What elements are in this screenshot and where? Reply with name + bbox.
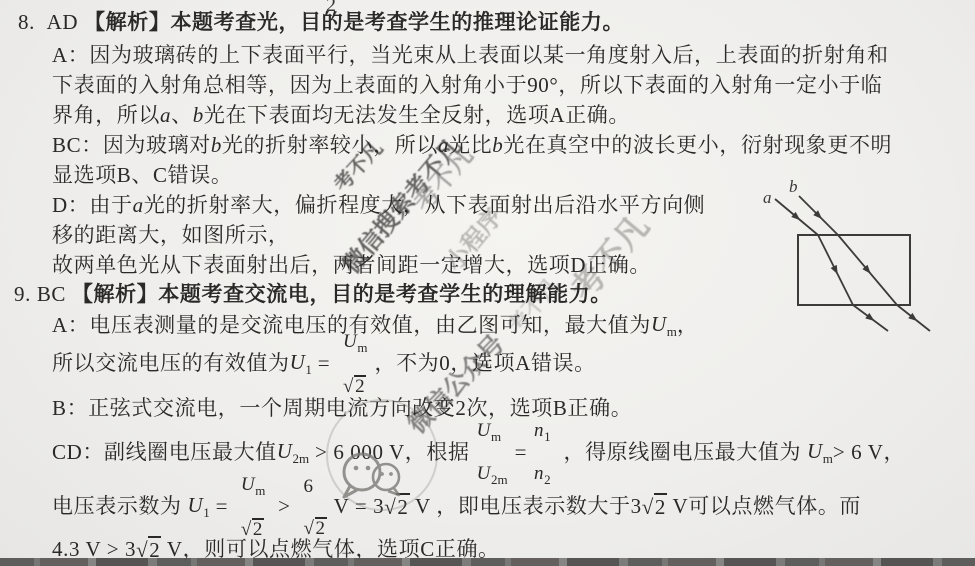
heading-text: 【解析】本题考查交流电，目的是考查学生的理解能力。 [72, 282, 612, 307]
glass-block [798, 235, 910, 305]
fraction: Um√2 [239, 475, 267, 539]
body-text: 9. [14, 282, 37, 307]
body-text: b [492, 133, 503, 158]
body-text: b [211, 133, 222, 158]
body-text: 所以交流电压的有效值为 [52, 351, 290, 376]
solution-line: 所以交流电压的有效值为U1 = Um√2，不为0，选项A错误。 [52, 336, 596, 392]
body-text: BC：因为玻璃对 [52, 133, 211, 158]
solution-line: CD：副线圈电压最大值U2m > 6 000 V，根据UmU2m=n1n2 ，得… [52, 424, 905, 482]
ray-label-a: a [763, 188, 772, 207]
body-text: ，不为0，选项A错误。 [374, 351, 595, 376]
body-text: A：因为玻璃砖的上下表面平行，当光束从上表面以某一角度射入后，上表面的折射角和 [52, 43, 889, 68]
body-text: CD：副线圈电压最大值 [52, 440, 277, 465]
body-text: D：由于 [52, 193, 133, 218]
body-text: a [133, 193, 144, 218]
ray-a [775, 199, 888, 331]
math-variable: Um [343, 332, 367, 354]
body-text: 界角，所以 [52, 103, 160, 128]
page-edge-strip [0, 558, 975, 566]
solution-line: A：因为玻璃砖的上下表面平行，当光束从上表面以某一角度射入后，上表面的折射角和 [52, 43, 889, 68]
solution-line: 故两单色光从下表面射出后，两者间距一定增大，选项D正确。 [52, 253, 651, 278]
body-text: > 6 V， [833, 440, 905, 465]
body-text: ， [677, 313, 699, 338]
math-variable: U2m [277, 439, 309, 467]
body-text: a [438, 133, 449, 158]
math-variable: Um [241, 475, 265, 497]
wechat-logo-icon [330, 393, 450, 511]
body-text: AD [47, 10, 84, 35]
body-text: > [272, 494, 296, 519]
body-text: 下表面的入射角总相等，因为上表面的入射角小于90°，所以下表面的入射角一定小于临 [52, 73, 882, 98]
solution-line: 显选项B、C错误。 [52, 163, 232, 188]
body-text: a [160, 103, 171, 128]
solution-line: 下表面的入射角总相等，因为上表面的入射角小于90°，所以下表面的入射角一定小于临 [52, 73, 882, 98]
solution-line: 8. AD 【解析】本题考查光，目的是考查学生的推理论证能力。 [18, 10, 624, 35]
body-text: = [515, 440, 527, 465]
body-text: 光在真空中的波长更小，衍射现象更不明 [503, 133, 892, 158]
fraction: Um√2 [341, 332, 369, 396]
solution-line: 电压表示数为 U1 = Um√2 > 6√2V = 3√2 V ，即电压表示数大… [52, 478, 861, 536]
body-text: BC [37, 282, 72, 307]
fraction: UmU2m [475, 421, 510, 486]
sqrt-expression: √2 [642, 493, 667, 520]
body-text: 光的折射率大，偏折程度大，从下表面射出后沿水平方向侧 [144, 193, 706, 218]
body-text: = [210, 494, 234, 519]
body-text: 光的折射率较小，所以 [222, 133, 438, 158]
body-text: 移的距离大，如图所示， [52, 223, 290, 248]
sqrt-expression: √2 [303, 517, 326, 538]
body-text: V可以点燃气体。而 [667, 494, 861, 519]
math-variable: n1 [534, 421, 551, 443]
body-text: 光在下表面均无法发生全反射，选项A正确。 [204, 103, 630, 128]
body-text: 电压表示数为 [52, 494, 187, 519]
fraction: 6√2 [301, 477, 328, 538]
body-text: ，得原线圈电压最大值为 [558, 440, 807, 465]
body-text: b [193, 103, 204, 128]
math-variable: U1 [187, 493, 209, 521]
solution-line: 移的距离大，如图所示， [52, 223, 290, 248]
body-text: 显选项B、C错误。 [52, 163, 232, 188]
solution-line: BC：因为玻璃对b光的折射率较小，所以a光比b光在真空中的波长更小，衍射现象更不… [52, 133, 892, 158]
body-text: = [312, 351, 336, 376]
solution-line: D：由于a光的折射率大，偏折程度大，从下表面射出后沿水平方向侧 [52, 193, 705, 218]
heading-text: 【解析】本题考查光，目的是考查学生的推理论证能力。 [84, 10, 624, 35]
refraction-diagram: ab [755, 183, 975, 341]
body-text: 故两单色光从下表面射出后，两者间距一定增大，选项D正确。 [52, 253, 651, 278]
body-text: 6 [303, 477, 313, 496]
solution-line: 界角，所以a、b光在下表面均无法发生全反射，选项A正确。 [52, 103, 630, 128]
math-variable: U1 [290, 350, 312, 378]
body-text: 8. [18, 10, 47, 35]
math-variable: Um [651, 312, 677, 340]
body-text: 光比 [449, 133, 492, 158]
body-text: 、 [171, 103, 193, 128]
ray-arrowhead [831, 265, 841, 276]
math-variable: Um [807, 439, 833, 467]
fraction: n1n2 [532, 421, 553, 486]
exam-solution-page: 考不凡微信搜索考不凡考不凡小程序考不凡考不凡微信公众号 2 8. AD 【解析】… [0, 0, 975, 566]
ray-label-b: b [789, 177, 798, 196]
solution-line: 9. BC 【解析】本题考查交流电，目的是考查学生的理解能力。 [14, 282, 612, 307]
math-variable: Um [477, 421, 501, 443]
